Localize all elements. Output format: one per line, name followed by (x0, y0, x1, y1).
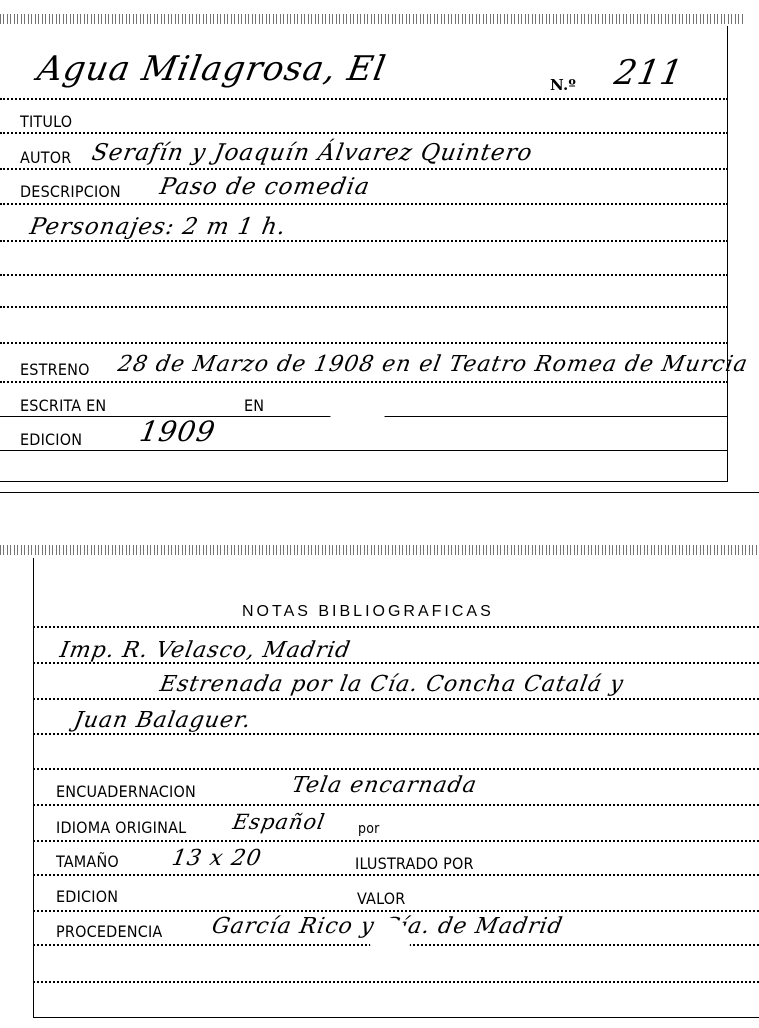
rule (33, 768, 759, 770)
rule (0, 274, 728, 276)
rule (0, 450, 728, 451)
rule (0, 203, 728, 205)
rule (0, 98, 728, 100)
procedencia-label: PROCEDENCIA (56, 924, 162, 940)
scan-blot (330, 400, 385, 440)
rule (33, 874, 759, 876)
descripcion-value: Paso de comedia (158, 176, 372, 199)
number-label: N.º (550, 78, 576, 93)
note-line: Juan Balaguer. (72, 710, 253, 732)
scan-noise-top (0, 545, 759, 555)
rule (0, 240, 728, 242)
title-value: Agua Milagrosa, El (35, 52, 389, 86)
rule (33, 840, 759, 842)
rule (0, 132, 728, 134)
valor-label: VALOR (357, 891, 405, 907)
rule (0, 381, 728, 383)
edicion-back-label: EDICION (56, 889, 118, 905)
rule (0, 168, 728, 170)
edicion-value: 1909 (138, 418, 218, 446)
titulo-label: TITULO (20, 114, 72, 130)
encuadernacion-value: Tela encarnada (290, 775, 479, 797)
idioma-value: Español (231, 812, 327, 833)
scan-noise-top (0, 14, 745, 24)
note-line: Imp. R. Velasco, Madrid (58, 640, 352, 662)
rule (33, 981, 759, 983)
idioma-label: IDIOMA ORIGINAL (56, 820, 186, 836)
notes-heading: NOTAS BIBLIOGRAFICAS (242, 603, 494, 621)
estreno-value: 28 de Marzo de 1908 en el Teatro Romea d… (116, 354, 750, 376)
rule (33, 804, 759, 806)
escrita-en-label: ESCRITA EN (20, 398, 106, 414)
estreno-label: ESTRENO (20, 362, 90, 378)
rule (33, 910, 759, 912)
rule (33, 733, 759, 735)
rule (33, 662, 759, 664)
rule (0, 342, 728, 344)
rule (33, 698, 759, 700)
number-value: 211 (612, 56, 686, 90)
scan-blot (370, 918, 410, 968)
tamano-label: TAMAÑO (56, 854, 119, 870)
en-label: EN (244, 398, 264, 414)
por-label: por (358, 822, 379, 836)
autor-value: Serafín y Joaquín Álvarez Quintero (90, 142, 534, 165)
rule (33, 626, 759, 628)
descripcion-label: DESCRIPCION (20, 184, 121, 200)
tamano-value: 13 x 20 (170, 848, 263, 870)
rule (0, 306, 728, 308)
card-separator (0, 492, 759, 493)
encuadernacion-label: ENCUADERNACION (56, 784, 196, 800)
autor-label: AUTOR (20, 150, 72, 166)
ilustrado-label: ILUSTRADO POR (355, 856, 474, 872)
note-line: Estrenada por la Cía. Concha Catalá y (158, 674, 625, 696)
personajes-value: Personajes: 2 m 1 h. (28, 216, 288, 239)
edicion-label: EDICION (20, 432, 82, 448)
